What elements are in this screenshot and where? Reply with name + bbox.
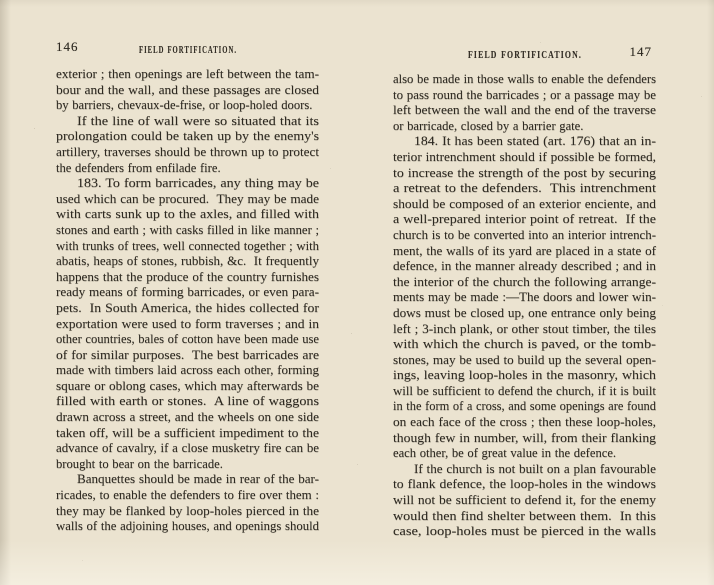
- text-line: ricades, to enable the defenders to fire…: [56, 488, 319, 504]
- text-line: made with timbers laid across each other…: [56, 363, 319, 379]
- text-line: to pass round the barricades ; or a pass…: [393, 88, 656, 104]
- text-line: by barriers, chevaux-de-frise, or loop-h…: [56, 98, 319, 114]
- left-page-header: 146 FIELD FORTIFICATION.: [56, 41, 319, 54]
- text-line: to increase the strength of the post by …: [393, 166, 656, 182]
- text-line: in the form of a cross, and some opening…: [393, 399, 656, 415]
- text-line: other countries, bales of cotton have be…: [56, 332, 319, 348]
- text-line: square or oblong cases, which may afterw…: [56, 379, 319, 395]
- right-page: FIELD FORTIFICATION. 147 also be made in…: [393, 46, 656, 540]
- text-line: If the line of wall were so situated tha…: [56, 114, 319, 130]
- text-line: case, loop-holes must be pierced in the …: [393, 524, 656, 540]
- right-page-header: FIELD FORTIFICATION. 147: [393, 46, 656, 59]
- text-line: or barricade, closed by a barrier gate.: [393, 119, 656, 135]
- text-line: pets. In South America, the hides collec…: [56, 301, 319, 317]
- text-line: walls of the adjoining houses, and openi…: [56, 519, 319, 535]
- text-line: If the church is not built on a plan fav…: [393, 462, 656, 478]
- right-running-title: FIELD FORTIFICATION.: [468, 47, 582, 62]
- scan-speckles: [0, 0, 1, 1]
- text-line: of for similar purposes. The best barric…: [56, 348, 319, 364]
- text-line: defence, in the manner already described…: [393, 259, 656, 275]
- text-line: prolongation could be taken up by the en…: [56, 129, 319, 145]
- text-line: should be composed of an exterior encien…: [393, 197, 656, 213]
- right-page-number: 147: [630, 45, 653, 58]
- book-spread: 146 FIELD FORTIFICATION. exterior ; then…: [0, 0, 714, 585]
- text-line: happens that the produce of the country …: [56, 270, 319, 286]
- text-line: on each face of the cross ; then these l…: [393, 415, 656, 431]
- text-line: ment, the walls of its yard are placed i…: [393, 244, 656, 260]
- text-line: with which the church is paved, or the t…: [393, 337, 656, 353]
- text-line: each other, be of great value in the def…: [393, 446, 656, 462]
- right-text-column: also be made in those walls to enable th…: [393, 72, 656, 540]
- text-line: abatis, heaps of stones, rubbish, &c. It…: [56, 254, 319, 270]
- text-line: 184. It has been stated (art. 176) that …: [393, 134, 656, 150]
- text-line: artillery, traverses should be thrown up…: [56, 145, 319, 161]
- text-line: also be made in those walls to enable th…: [393, 72, 656, 88]
- text-line: bour and the wall, and these passages ar…: [56, 83, 319, 99]
- text-line: though few in number, will, from their f…: [393, 431, 656, 447]
- text-line: dows must be closed up, one entrance onl…: [393, 306, 656, 322]
- text-line: filled with earth or stones. A line of w…: [56, 394, 319, 410]
- text-line: ready means of forming barricades, or ev…: [56, 285, 319, 301]
- text-line: will be sufficient to defend the church,…: [393, 384, 656, 400]
- text-line: ments may be made :—The doors and lower …: [393, 290, 656, 306]
- left-page: 146 FIELD FORTIFICATION. exterior ; then…: [56, 41, 319, 535]
- text-line: Banquettes should be made in rear of the…: [56, 472, 319, 488]
- left-running-title: FIELD FORTIFICATION.: [139, 42, 237, 57]
- text-line: with carts sunk up to the axles, and fil…: [56, 207, 319, 223]
- text-line: terior intrenchment should if possible b…: [393, 150, 656, 166]
- text-line: the defenders from enfilade fire.: [56, 161, 319, 177]
- text-line: ings, leaving loop-holes in the masonry,…: [393, 368, 656, 384]
- text-line: they may be flanked by loop-holes pierce…: [56, 504, 319, 520]
- text-line: to flank defence, the loop-holes in the …: [393, 477, 656, 493]
- text-line: exportation were used to form traverses …: [56, 317, 319, 333]
- text-line: a retreat to the defenders. This intrenc…: [393, 181, 656, 197]
- left-page-number: 146: [56, 40, 79, 53]
- text-line: stones, may be used to build up the seve…: [393, 353, 656, 369]
- text-line: left ; 3-inch plank, or other stout timb…: [393, 322, 656, 338]
- text-line: stones and earth ; with casks filled in …: [56, 223, 319, 239]
- text-line: drawn across a street, and the wheels on…: [56, 410, 319, 426]
- text-line: taken off, will be a sufficient impedime…: [56, 426, 319, 442]
- text-line: 183. To form barricades, any thing may b…: [56, 176, 319, 192]
- text-line: used which can be procured. They may be …: [56, 192, 319, 208]
- text-line: will not be sufficient to defend it, for…: [393, 493, 656, 509]
- text-line: exterior ; then openings are left betwee…: [56, 67, 319, 83]
- left-text-column: exterior ; then openings are left betwee…: [56, 67, 319, 535]
- text-line: church is to be converted into an interi…: [393, 228, 656, 244]
- text-line: a well-prepared interior point of retrea…: [393, 212, 656, 228]
- text-line: with trunks of trees, well connected tog…: [56, 239, 319, 255]
- text-line: advance of cavalry, if a close musketry …: [56, 441, 319, 457]
- text-line: would then find shelter between them. In…: [393, 509, 656, 525]
- text-line: brought to bear on the barricade.: [56, 457, 319, 473]
- text-line: left between the wall and the end of the…: [393, 103, 656, 119]
- text-line: the interior of the church the following…: [393, 275, 656, 291]
